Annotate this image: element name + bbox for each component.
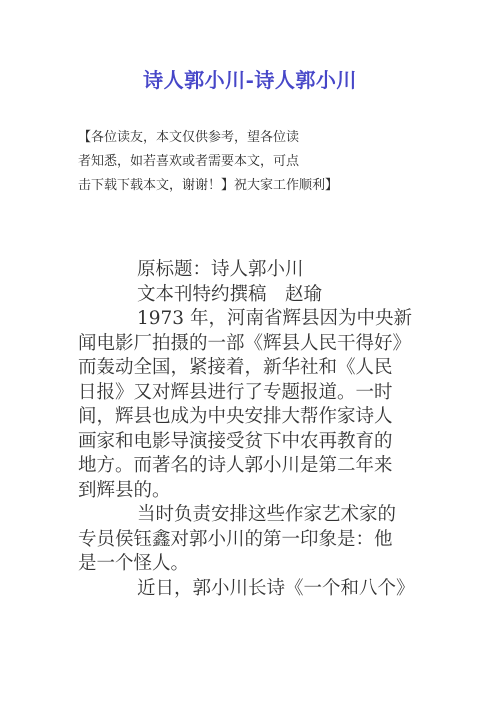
paragraph-line: 专员侯钰鑫对郭小川的第一印象是：他 <box>78 528 438 553</box>
paragraph-line: 近日，郭小川长诗《一个和八个》 <box>78 577 438 602</box>
notice-line: 【各位读友，本文仅供参考，望各位读 <box>78 126 418 150</box>
paragraph-line: 间，辉县也成为中央安排大帮作家诗人 <box>78 405 438 430</box>
paragraph-line: 是一个怪人。 <box>78 552 438 577</box>
original-title-line: 原标题：诗人郭小川 <box>78 258 438 283</box>
paragraph-line: 日报》又对辉县进行了专题报道。一时 <box>78 381 438 406</box>
document-page: 诗人郭小川-诗人郭小川 【各位读友，本文仅供参考，望各位读 者知悉，如若喜欢或者… <box>0 0 500 708</box>
paragraph-line: 闻电影厂拍摄的一部《辉县人民干得好》 <box>78 332 438 357</box>
paragraph-line: 地方。而著名的诗人郭小川是第二年来 <box>78 454 438 479</box>
byline: 文本刊特约撰稿 赵瑜 <box>78 283 438 308</box>
notice-line: 击下载下载本文，谢谢！】祝大家工作顺利】 <box>78 174 418 198</box>
document-title: 诗人郭小川-诗人郭小川 <box>0 64 500 93</box>
download-notice: 【各位读友，本文仅供参考，望各位读 者知悉，如若喜欢或者需要本文，可点 击下载下… <box>78 126 418 198</box>
paragraph-line: 1973 年，河南省辉县因为中央新 <box>78 307 438 332</box>
paragraph-line: 画家和电影导演接受贫下中农再教育的 <box>78 430 438 455</box>
paragraph-line: 当时负责安排这些作家艺术家的 <box>78 503 438 528</box>
notice-line: 者知悉，如若喜欢或者需要本文，可点 <box>78 150 418 174</box>
paragraph-line: 而轰动全国，紧接着，新华社和《人民 <box>78 356 438 381</box>
article-body: 原标题：诗人郭小川 文本刊特约撰稿 赵瑜 1973 年，河南省辉县因为中央新 闻… <box>78 258 438 601</box>
paragraph-line: 到辉县的。 <box>78 479 438 504</box>
